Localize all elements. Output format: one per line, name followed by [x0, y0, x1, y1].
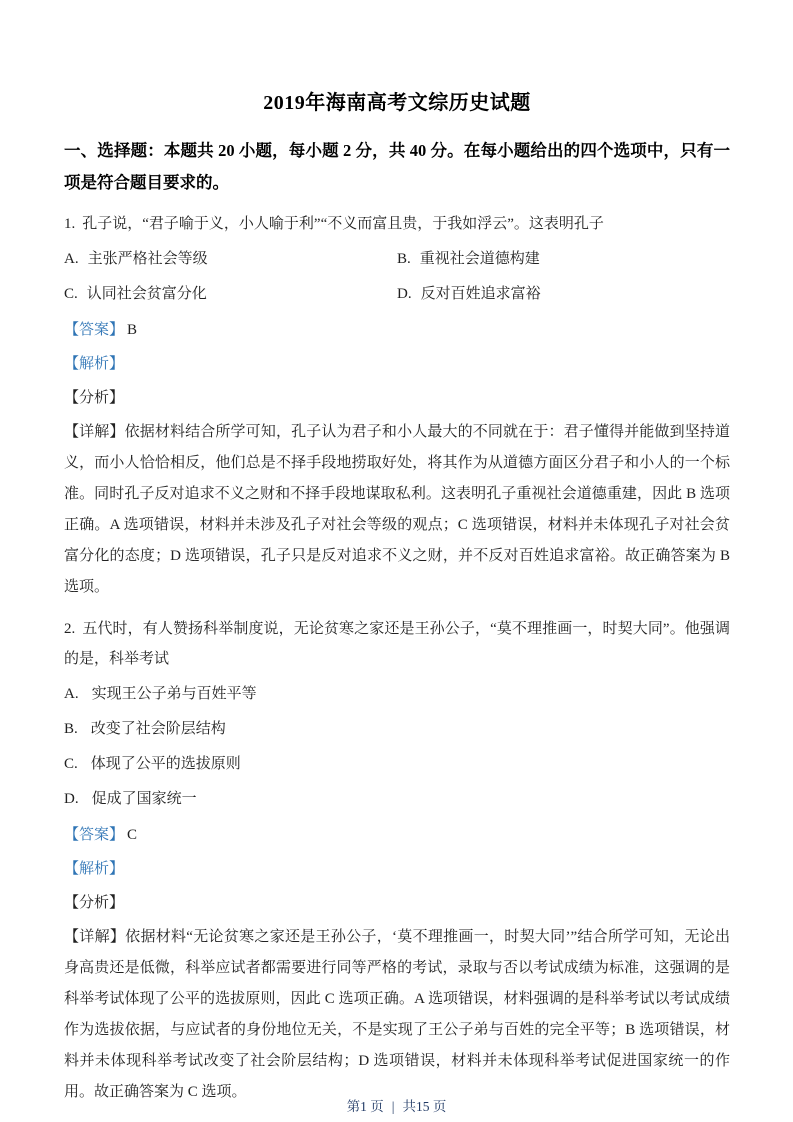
exam-document-page: 2019年海南高考文综历史试题 一、选择题：本题共 20 小题，每小题 2 分，…: [0, 0, 793, 1122]
option-label: A.: [64, 251, 79, 267]
option-label: C.: [64, 286, 78, 302]
option-label: D.: [397, 286, 412, 302]
question-1-jiexi-marker: 【解析】: [64, 349, 730, 379]
question-2-option-a: A.实现王公子弟与百姓平等: [64, 679, 730, 709]
option-label: C.: [64, 756, 78, 772]
question-1-detail: 【详解】依据材料结合所学可知，孔子认为君子和小人最大的不同就在于：君子懂得并能做…: [64, 417, 730, 603]
question-2-answer-line: 【答案】C: [64, 820, 730, 850]
option-text: 改变了社会阶层结构: [91, 721, 226, 737]
question-1-number: 1.: [64, 216, 75, 232]
detail-text: 依据材料“无论贫寒之家还是王孙公子，‘莫不理推画一，时契大同’”结合所学可知，无…: [64, 929, 730, 1100]
document-content: 2019年海南高考文综历史试题 一、选择题：本题共 20 小题，每小题 2 分，…: [0, 0, 793, 1108]
option-text: 反对百姓追求富裕: [421, 286, 541, 302]
page-footer: 第1 页|共15 页: [0, 1095, 793, 1115]
answer-marker: 【答案】: [64, 322, 124, 338]
question-1-fenxi-marker: 【分析】: [64, 383, 730, 413]
option-label: D.: [64, 791, 79, 807]
footer-total-pages: 共15 页: [402, 1099, 446, 1114]
footer-current-page: 第1 页: [347, 1099, 384, 1114]
option-label: B.: [397, 251, 411, 267]
xiangjie-marker: 【详解】: [64, 929, 125, 945]
question-1-stem-text: 孔子说，“君子喻于义，小人喻于利”“不义而富且贵，于我如浮云”。这表明孔子: [82, 216, 604, 232]
answer-value: C: [127, 827, 137, 843]
page-title: 2019年海南高考文综历史试题: [64, 86, 730, 115]
option-label: B.: [64, 721, 78, 737]
question-1-option-d: D.反对百姓追求富裕: [397, 279, 730, 309]
option-text: 实现王公子弟与百姓平等: [92, 686, 257, 702]
question-1-answer-line: 【答案】B: [64, 315, 730, 345]
answer-marker: 【答案】: [64, 827, 124, 843]
question-2-fenxi-marker: 【分析】: [64, 888, 730, 918]
option-text: 重视社会道德构建: [420, 251, 540, 267]
option-label: A.: [64, 686, 79, 702]
option-text: 认同社会贫富分化: [87, 286, 207, 302]
option-text: 体现了公平的选拔原则: [91, 756, 241, 772]
question-2-stem: 2.五代时，有人赞扬科举制度说，无论贫寒之家还是王孙公子，“莫不理推画一，时契大…: [64, 614, 730, 674]
question-2-options: A.实现王公子弟与百姓平等 B.改变了社会阶层结构 C.体现了公平的选拔原则 D…: [64, 679, 730, 814]
option-text: 主张严格社会等级: [88, 251, 208, 267]
question-2-number: 2.: [64, 621, 75, 637]
option-text: 促成了国家统一: [92, 791, 197, 807]
section-instructions: 一、选择题：本题共 20 小题，每小题 2 分，共 40 分。在每小题给出的四个…: [64, 135, 730, 199]
question-1-option-b: B.重视社会道德构建: [397, 244, 730, 274]
question-2-option-b: B.改变了社会阶层结构: [64, 714, 730, 744]
question-1-options: A.主张严格社会等级 B.重视社会道德构建 C.认同社会贫富分化 D.反对百姓追…: [64, 244, 730, 309]
question-1-stem: 1.孔子说，“君子喻于义，小人喻于利”“不义而富且贵，于我如浮云”。这表明孔子: [64, 209, 730, 239]
question-2-stem-text: 五代时，有人赞扬科举制度说，无论贫寒之家还是王孙公子，“莫不理推画一，时契大同”…: [64, 621, 730, 667]
footer-separator: |: [392, 1099, 395, 1114]
question-2-detail: 【详解】依据材料“无论贫寒之家还是王孙公子，‘莫不理推画一，时契大同’”结合所学…: [64, 922, 730, 1108]
question-1: 1.孔子说，“君子喻于义，小人喻于利”“不义而富且贵，于我如浮云”。这表明孔子 …: [64, 209, 730, 603]
xiangjie-marker: 【详解】: [64, 424, 125, 440]
question-1-option-a: A.主张严格社会等级: [64, 244, 397, 274]
question-2-option-d: D.促成了国家统一: [64, 784, 730, 814]
detail-text: 依据材料结合所学可知，孔子认为君子和小人最大的不同就在于：君子懂得并能做到坚持道…: [64, 424, 730, 595]
answer-value: B: [127, 322, 137, 338]
question-2: 2.五代时，有人赞扬科举制度说，无论贫寒之家还是王孙公子，“莫不理推画一，时契大…: [64, 614, 730, 1108]
question-2-jiexi-marker: 【解析】: [64, 854, 730, 884]
question-2-option-c: C.体现了公平的选拔原则: [64, 749, 730, 779]
question-1-option-c: C.认同社会贫富分化: [64, 279, 397, 309]
